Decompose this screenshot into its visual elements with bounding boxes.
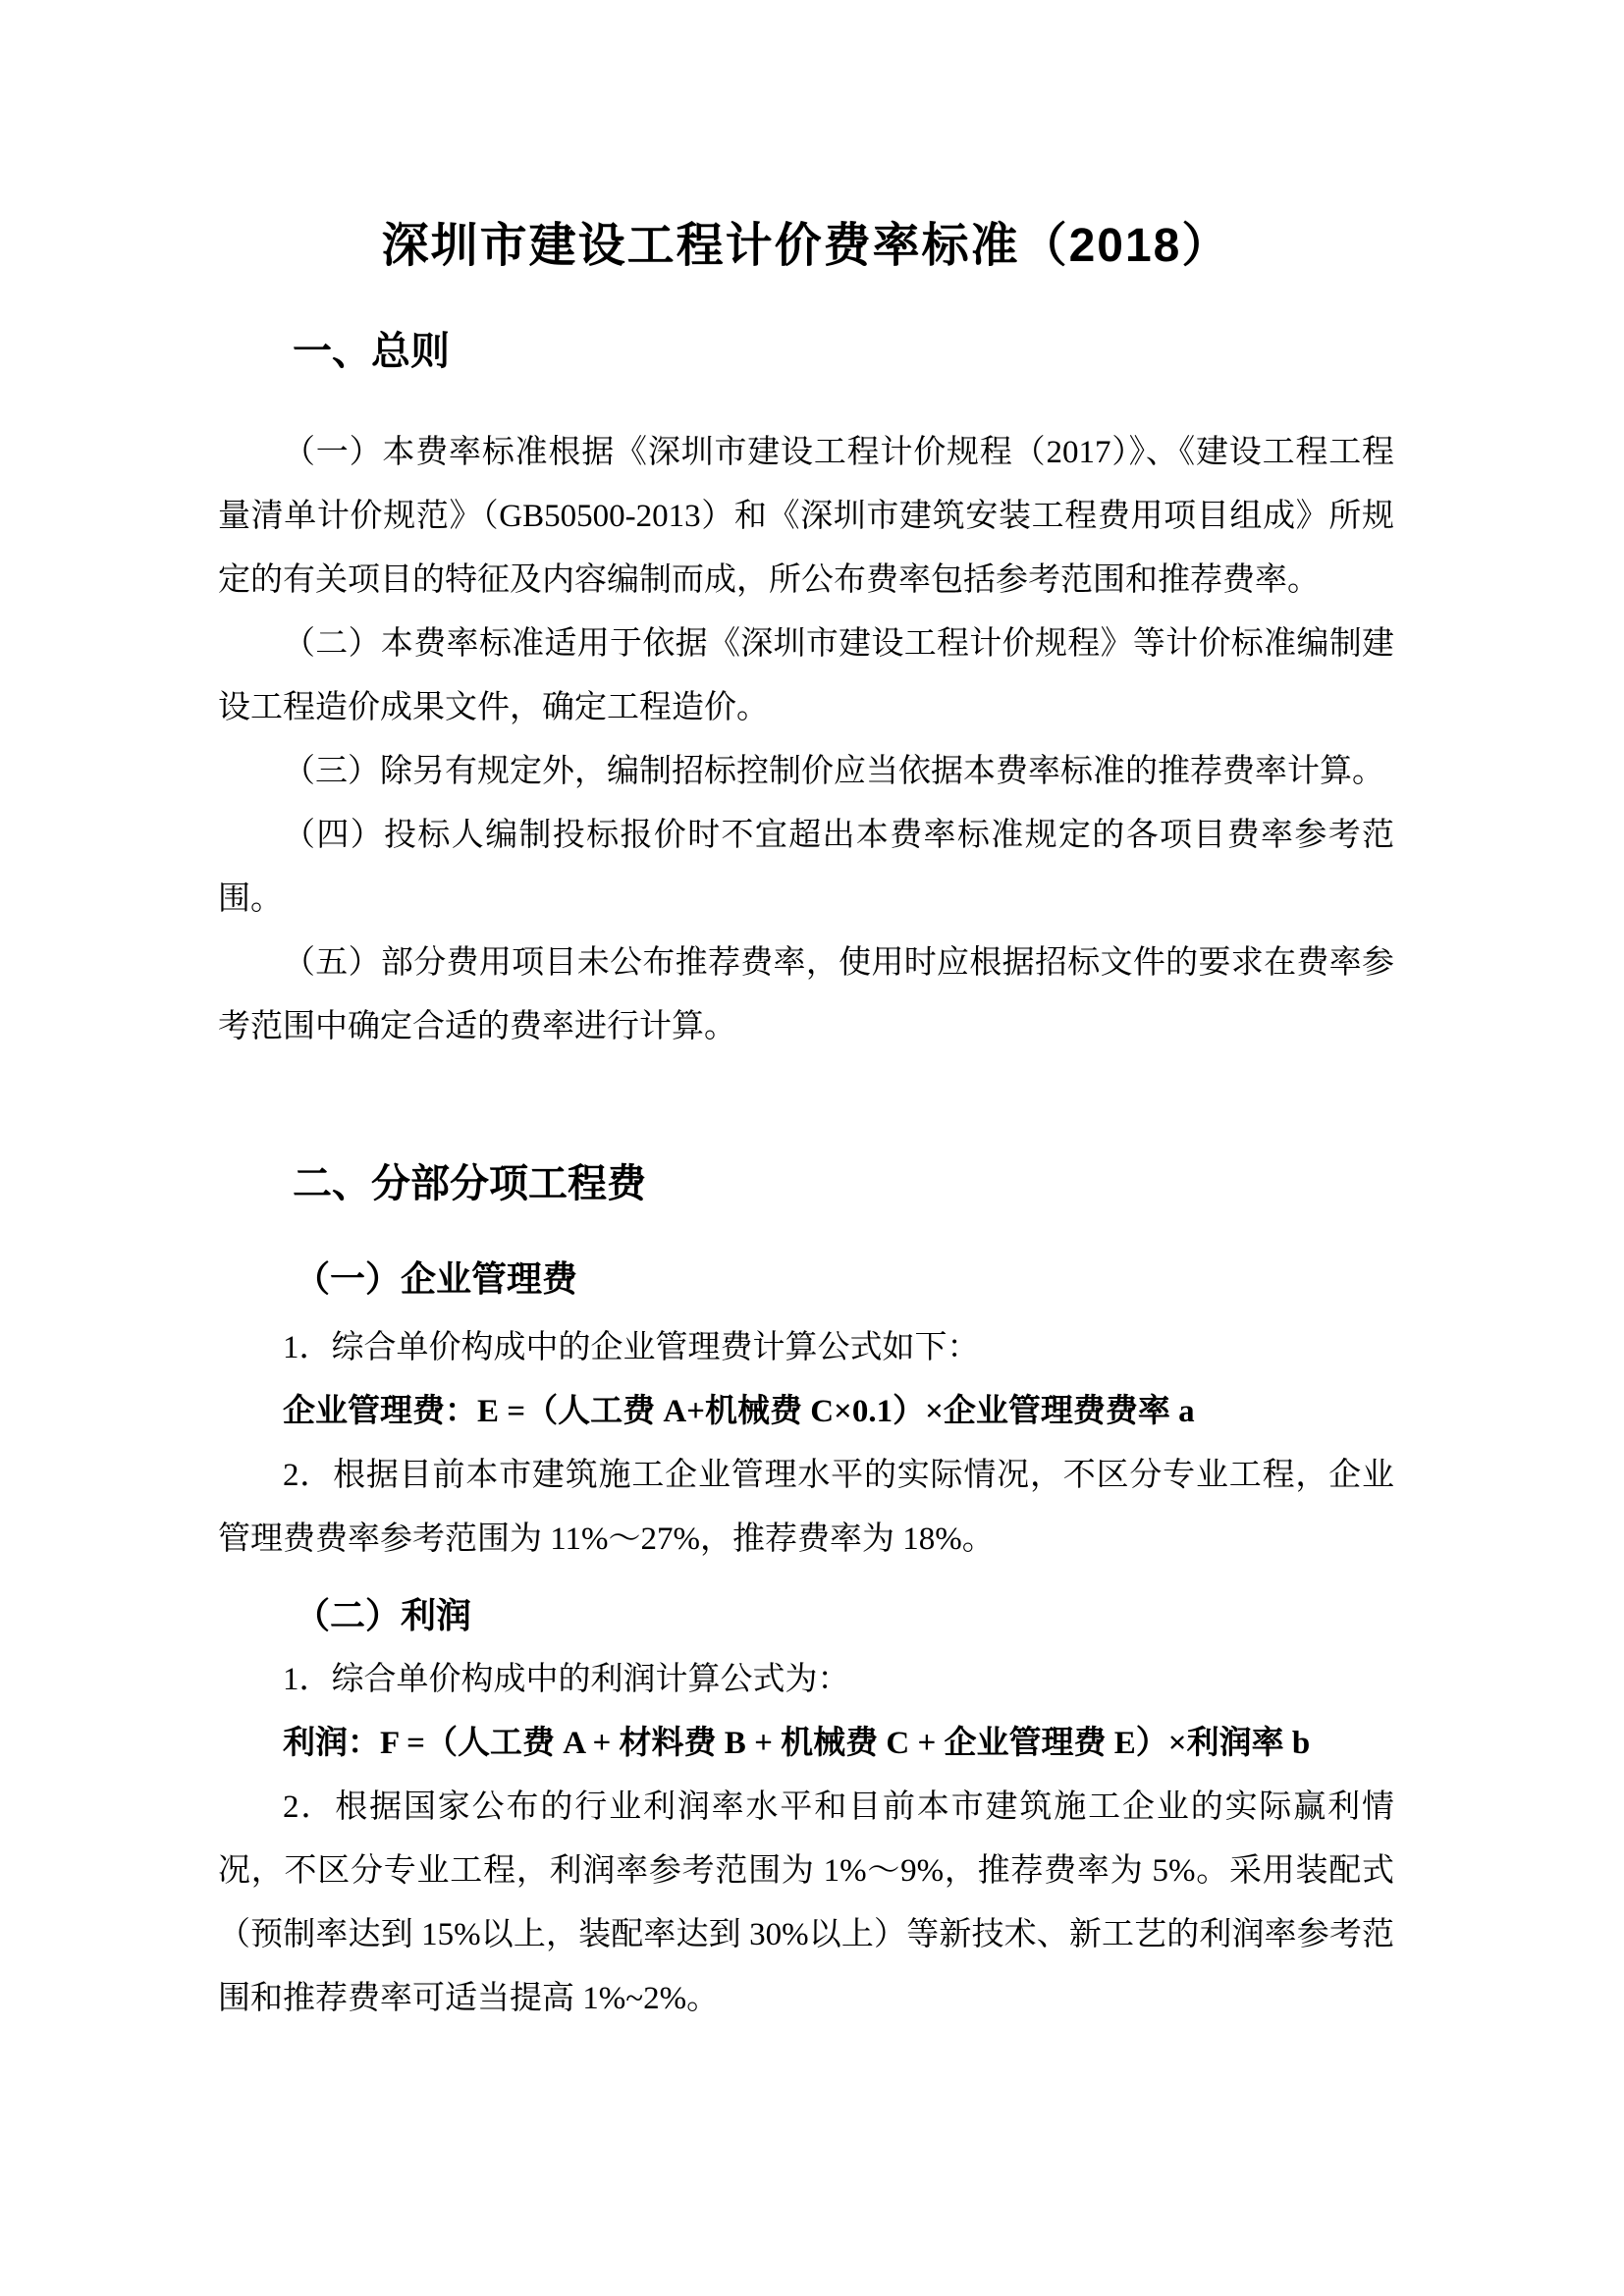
management-fee-formula: 企业管理费：E =（人工费 A+机械费 C×0.1）×企业管理费费率 a — [218, 1380, 1394, 1444]
profit-formula: 利润：F =（人工费 A + 材料费 B + 机械费 C + 企业管理费 E）×… — [218, 1712, 1394, 1776]
general-provisions-paragraph-2: （二）本费率标准适用于依据《深圳市建设工程计价规程》等计价标准编制建设工程造价成… — [218, 613, 1394, 740]
section-heading-divisional-works-fee: 二、分部分项工程费 — [218, 1160, 1394, 1207]
general-provisions-paragraph-4: （四）投标人编制投标报价时不宜超出本费率标准规定的各项目费率参考范围。 — [218, 804, 1394, 932]
document-page: 深圳市建设工程计价费率标准（2018） 一、总则 （一）本费率标准根据《深圳市建… — [0, 0, 1624, 2296]
profit-intro: 1．综合单价构成中的利润计算公式为： — [218, 1648, 1394, 1712]
subsection-heading-management-fee: （一）企业管理费 — [218, 1255, 1394, 1303]
general-provisions-paragraph-1: （一）本费率标准根据《深圳市建设工程计价规程（2017）》、《建设工程工程量清单… — [218, 421, 1394, 613]
document-content: 深圳市建设工程计价费率标准（2018） 一、总则 （一）本费率标准根据《深圳市建… — [0, 0, 1624, 2296]
profit-note: 2．根据国家公布的行业利润率水平和目前本市建筑施工企业的实际赢利情况，不区分专业… — [218, 1776, 1394, 2031]
section-heading-general-provisions: 一、总则 — [218, 328, 1394, 375]
general-provisions-paragraph-5: （五）部分费用项目未公布推荐费率，使用时应根据招标文件的要求在费率参考范围中确定… — [218, 932, 1394, 1059]
subsection-heading-profit: （二）利润 — [218, 1592, 1394, 1639]
document-title: 深圳市建设工程计价费率标准（2018） — [218, 0, 1394, 275]
management-fee-note: 2．根据目前本市建筑施工企业管理水平的实际情况，不区分专业工程，企业管理费费率参… — [218, 1444, 1394, 1572]
management-fee-intro: 1．综合单价构成中的企业管理费计算公式如下： — [218, 1316, 1394, 1380]
general-provisions-paragraph-3: （三）除另有规定外，编制招标控制价应当依据本费率标准的推荐费率计算。 — [218, 740, 1394, 804]
